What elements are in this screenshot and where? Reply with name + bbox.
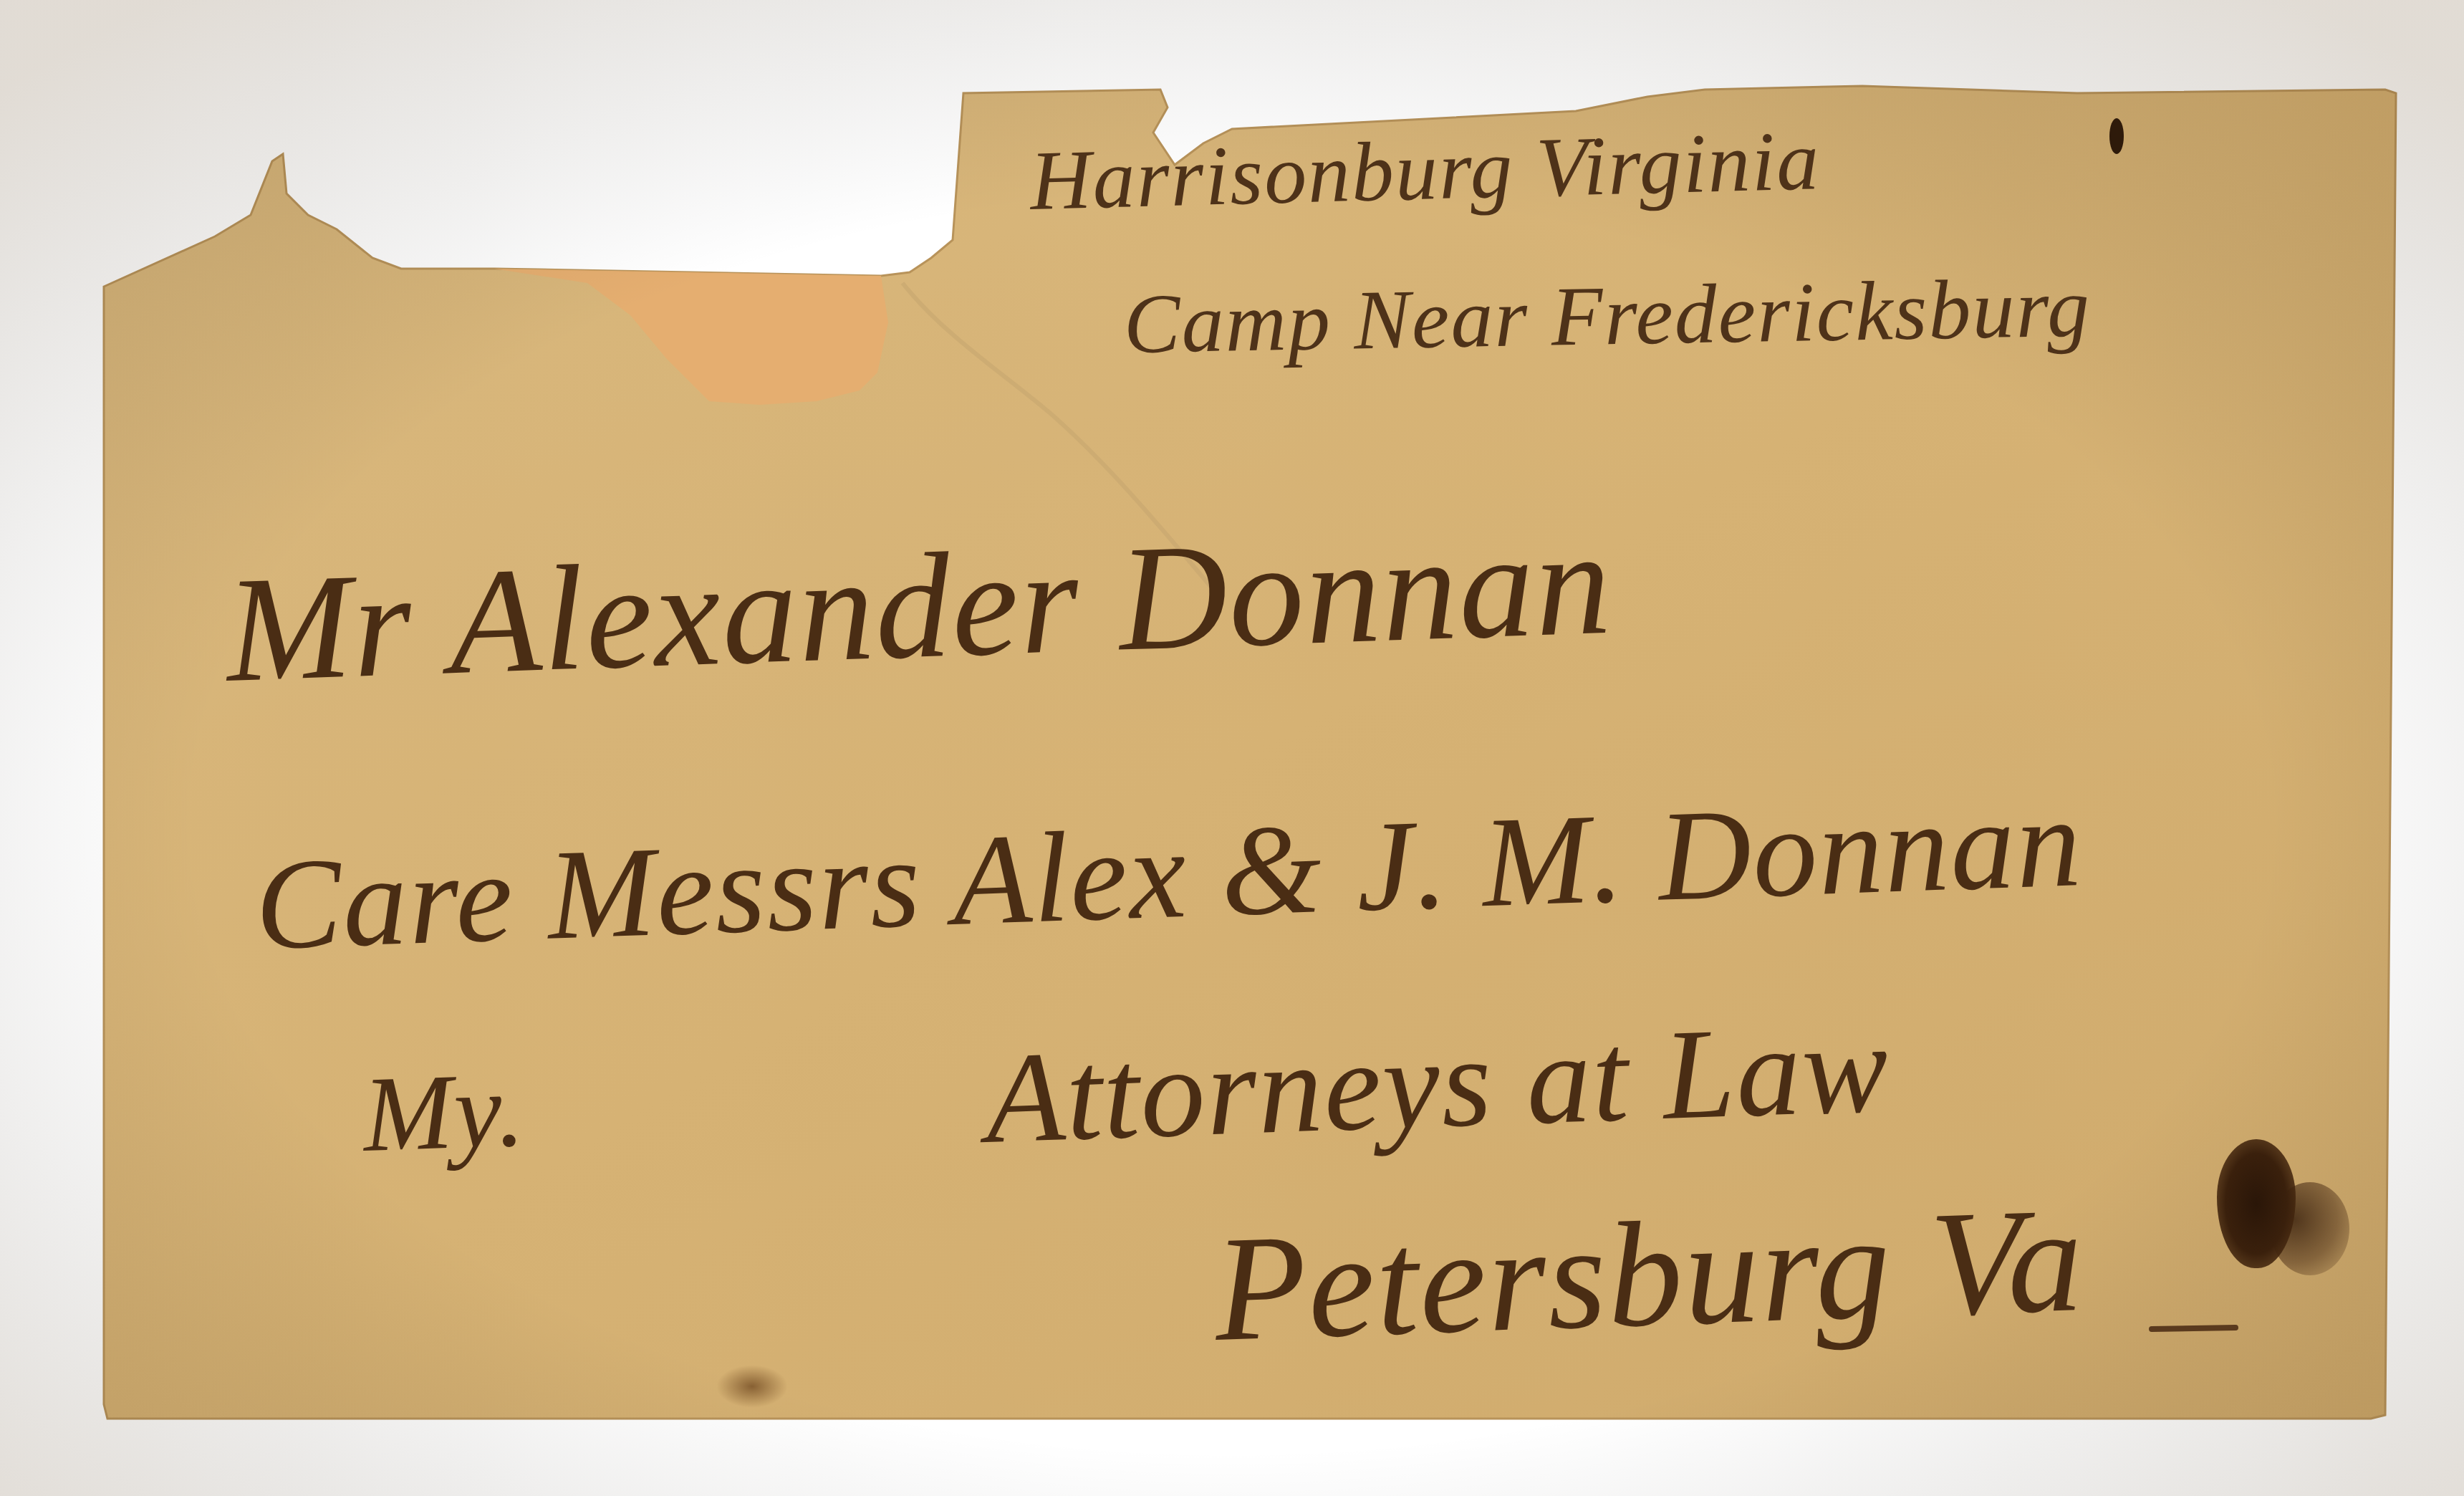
recipient-firm: Attorneys at Law <box>983 993 1892 1173</box>
return-address-line-1: Harrisonburg Virginia <box>1029 112 1821 230</box>
paper-stain <box>716 1365 788 1408</box>
ink-dot <box>2109 118 2124 154</box>
return-address-line-2: Camp Near Fredericksburg <box>1123 259 2092 373</box>
recipient-city: Petersburg Va <box>1212 1174 2087 1376</box>
recipient-notation: My. <box>361 1047 528 1176</box>
